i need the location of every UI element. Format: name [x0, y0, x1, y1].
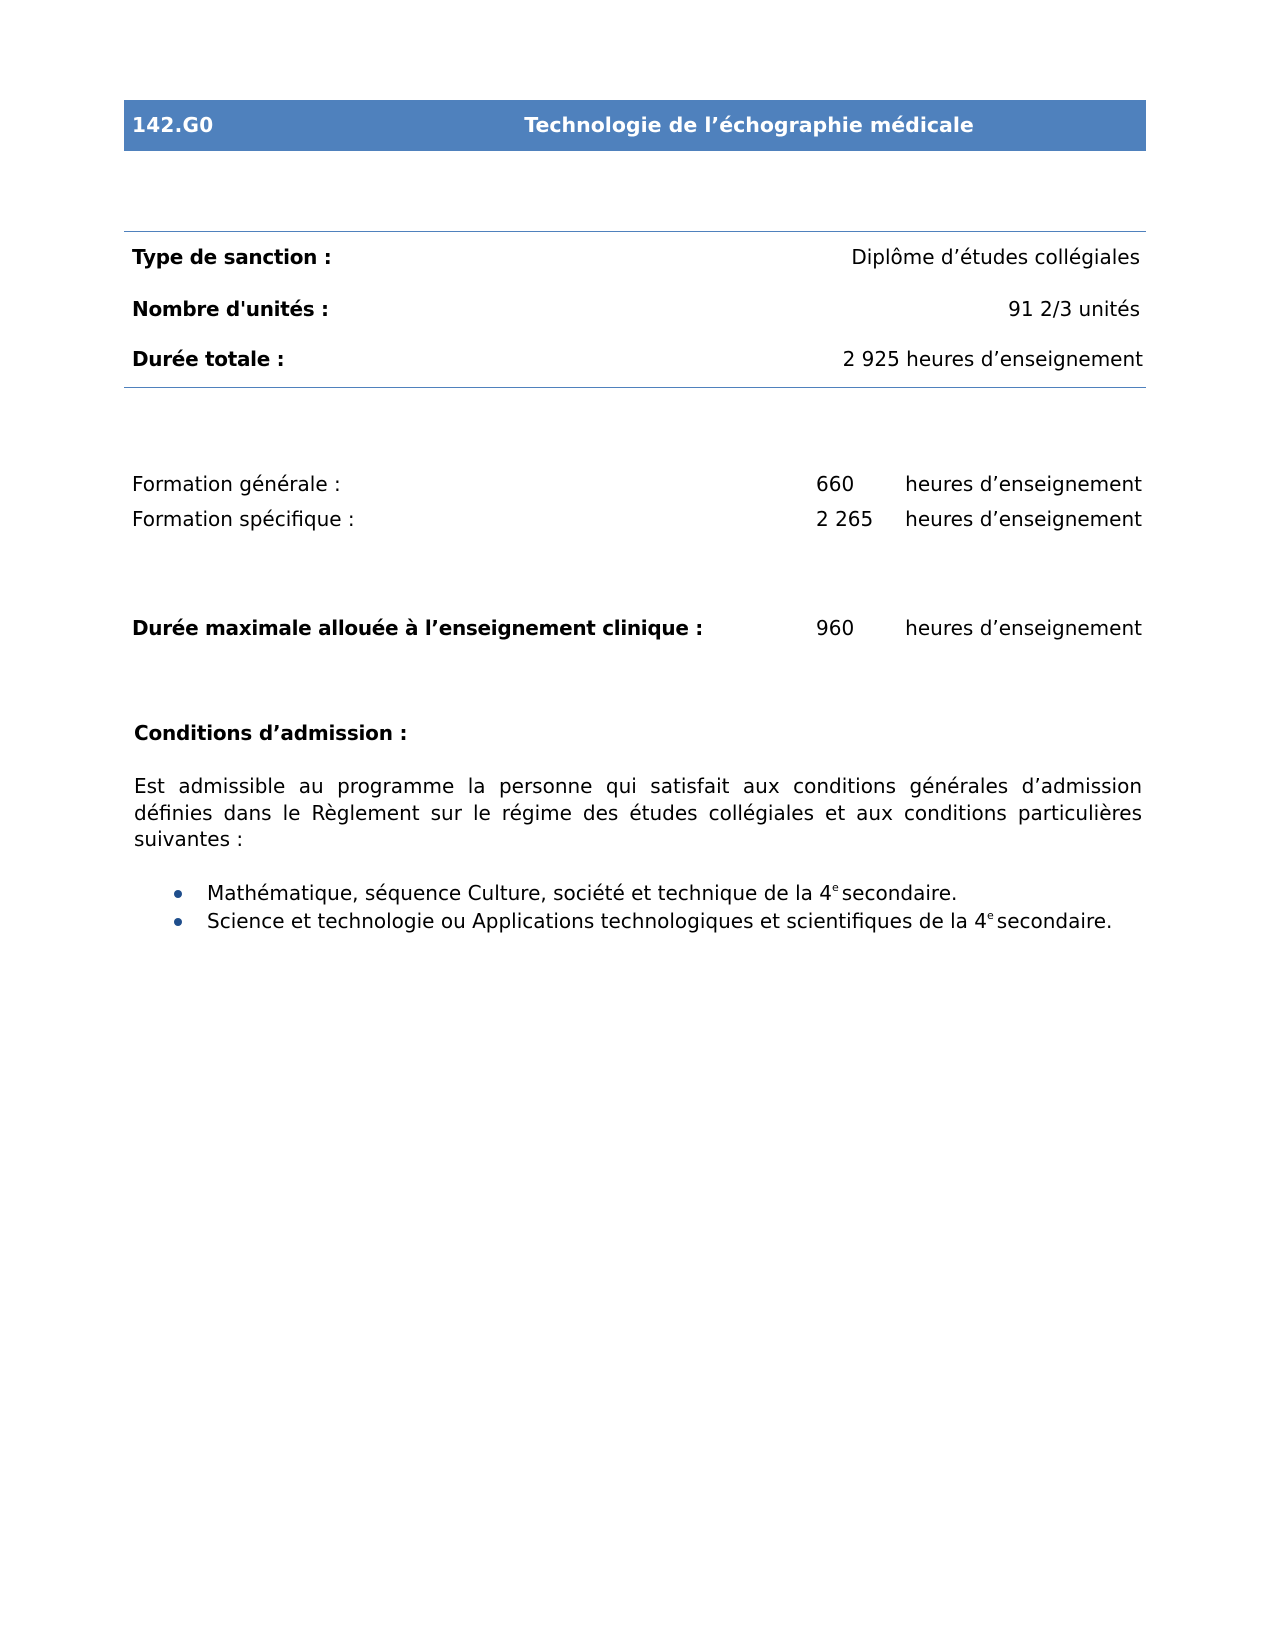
list-item: Science et technologie ou Applications t… [150, 907, 1150, 935]
hours-label: Formation spécifique : [132, 504, 355, 534]
summary-value: 91 2/3 unités [1008, 294, 1140, 324]
program-code: 142.G0 [132, 100, 213, 151]
hours-row-general: Formation générale : 660 heures d’enseig… [132, 469, 1142, 499]
summary-label: Durée totale : [132, 344, 284, 374]
list-item: Mathématique, séquence Culture, société … [150, 879, 1150, 907]
summary-row-duration: Durée totale : 2 925 heures d’enseigneme… [132, 344, 1140, 374]
summary-value: Diplôme d’études collégiales [851, 242, 1140, 272]
summary-label: Type de sanction : [132, 242, 331, 272]
clinical-label: Durée maximale allouée à l’enseignement … [132, 613, 703, 643]
bullet-icon [174, 890, 182, 898]
clinical-hours-row: Durée maximale allouée à l’enseignement … [132, 613, 1142, 643]
hours-unit: heures d’enseignement [905, 469, 1142, 499]
requirement-text-end: secondaire. [842, 881, 958, 905]
bullet-icon [174, 918, 182, 926]
ordinal-superscript: e [832, 881, 839, 894]
hours-number: 2 265 [816, 504, 873, 534]
ordinal-superscript: e [987, 909, 994, 922]
requirement-text: Science et technologie ou Applications t… [207, 909, 987, 933]
summary-bottom-rule [124, 387, 1146, 388]
hours-unit: heures d’enseignement [905, 504, 1142, 534]
clinical-unit: heures d’enseignement [905, 613, 1142, 643]
hours-number: 660 [816, 469, 854, 499]
program-header-bar: 142.G0 Technologie de l’échographie médi… [124, 100, 1146, 151]
summary-value: 2 925 heures d’enseignement [843, 344, 1143, 374]
program-title: Technologie de l’échographie médicale [354, 100, 1054, 151]
admission-requirements-list: Mathématique, séquence Culture, société … [150, 879, 1150, 935]
requirement-text-end: secondaire. [997, 909, 1113, 933]
requirement-text: Mathématique, séquence Culture, société … [207, 881, 832, 905]
clinical-number: 960 [816, 613, 854, 643]
hours-row-specific: Formation spécifique : 2 265 heures d’en… [132, 504, 1142, 534]
summary-row-sanction: Type de sanction : Diplôme d’études coll… [132, 242, 1140, 272]
hours-label: Formation générale : [132, 469, 341, 499]
summary-top-rule [124, 231, 1146, 232]
admission-heading: Conditions d’admission : [134, 718, 407, 748]
summary-label: Nombre d'unités : [132, 294, 329, 324]
admission-paragraph: Est admissible au programme la personne … [134, 773, 1142, 853]
summary-row-units: Nombre d'unités : 91 2/3 unités [132, 294, 1140, 324]
